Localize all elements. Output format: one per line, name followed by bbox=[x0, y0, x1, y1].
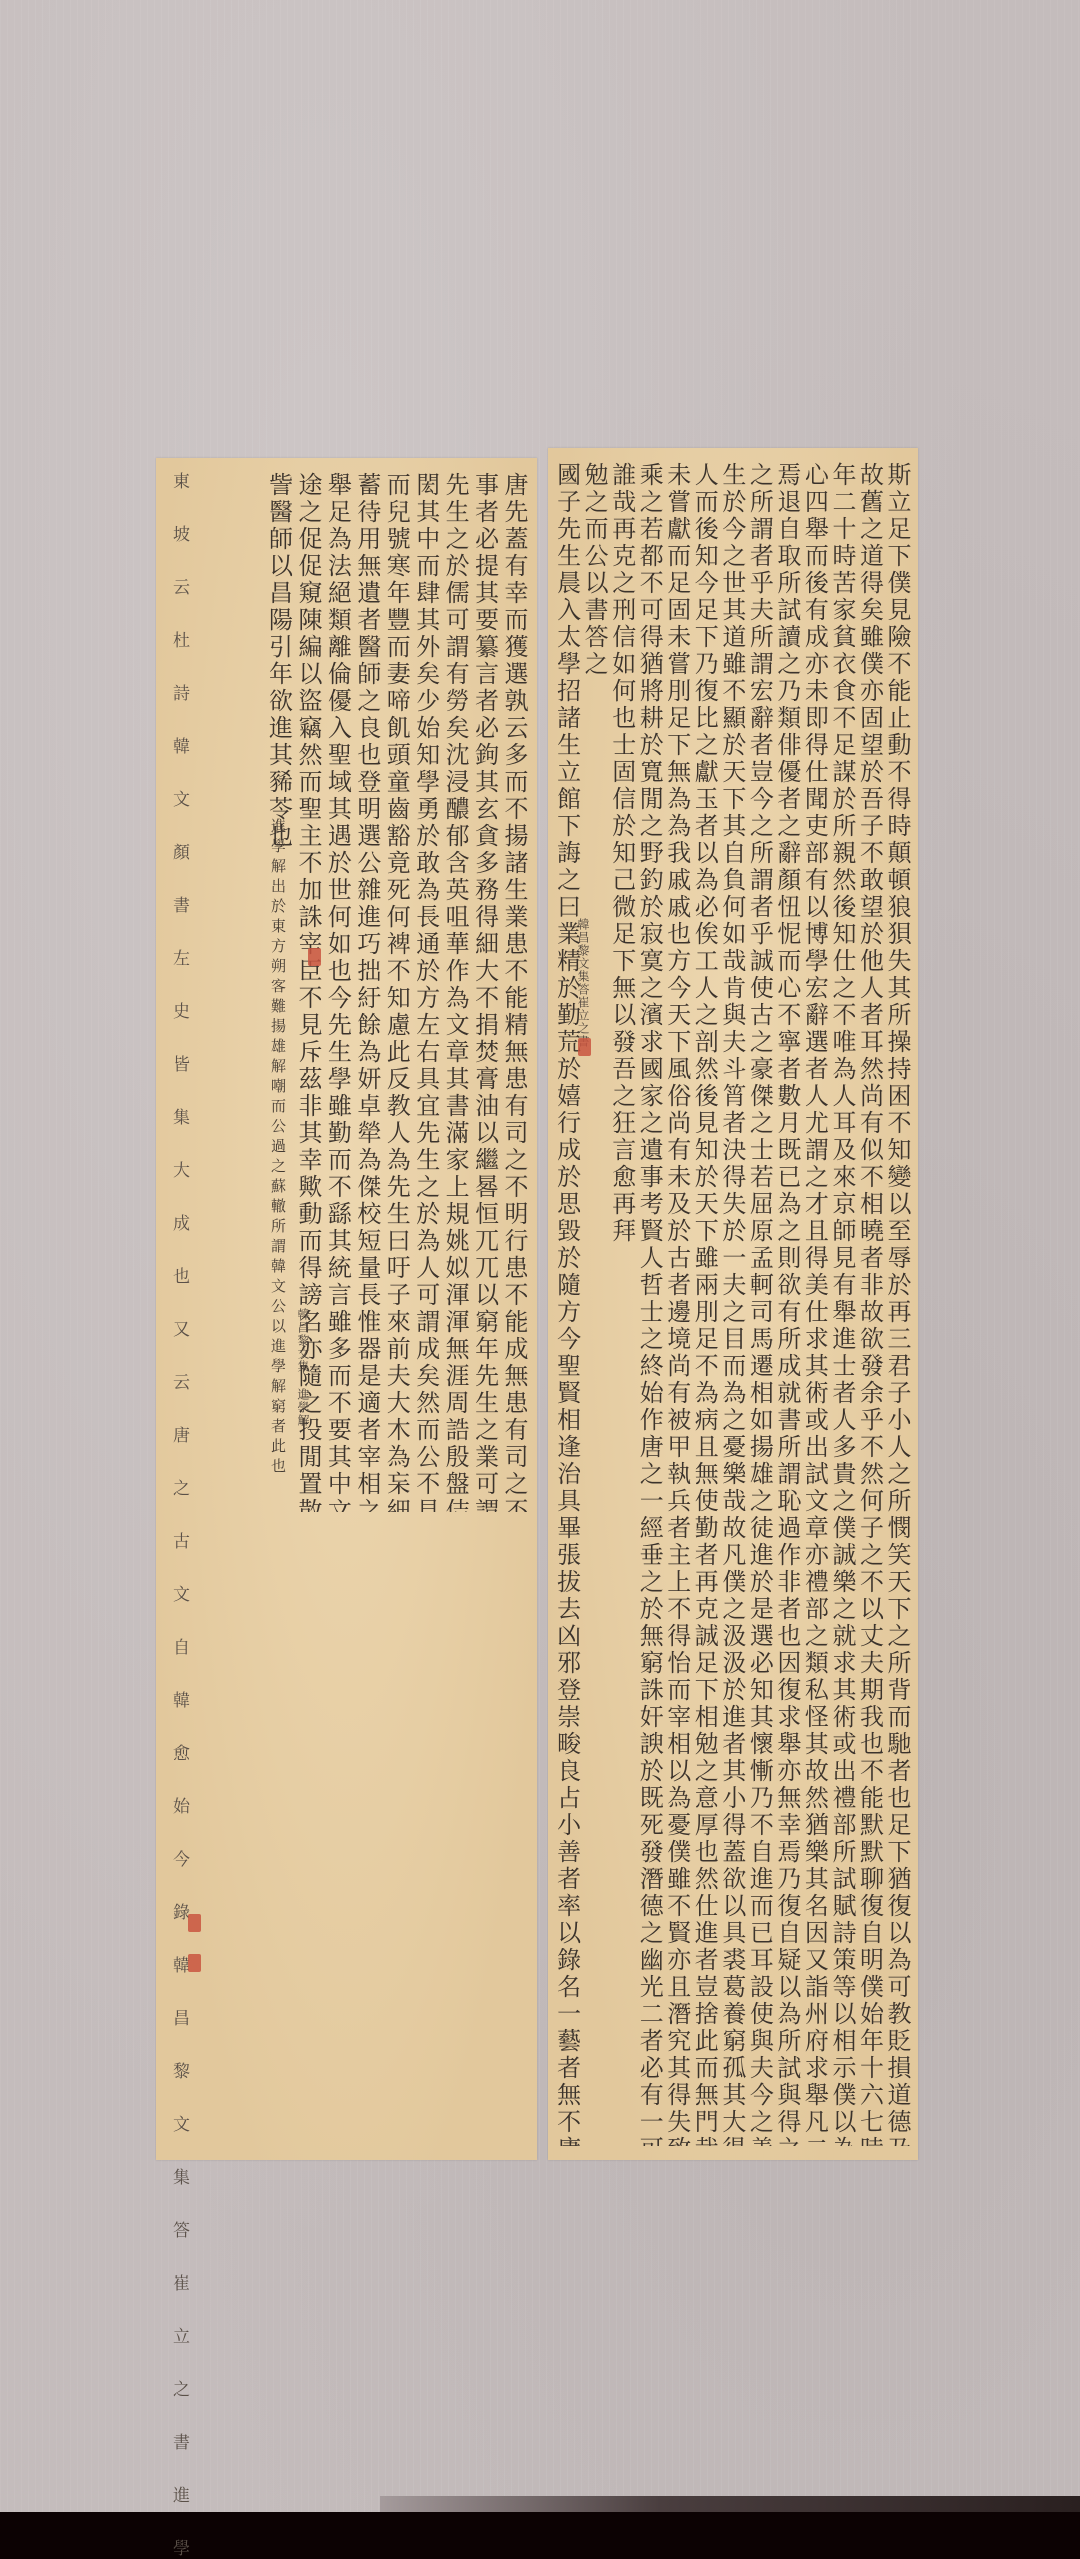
text-column: 誰哉再克之刑信如何也士固信於知己微足下無以發吾之狂言愈再拜 bbox=[609, 462, 637, 2146]
text-column: 年二十時苦家貧衣食不足謀於所親然後知仕之不唯為人耳及來京師見有舉進士者人多貴之僕… bbox=[829, 462, 857, 2146]
title-column: 東坡云杜詩韓文顏書左史皆集大成也又云唐之古文自韓愈始今錄韓昌黎文集答崔立之書進學… bbox=[164, 472, 194, 2112]
inscription-note: 韓昌黎文集答崔立之書 bbox=[576, 918, 590, 1008]
text-column: 唐先蓋有幸而獲選孰云多而不揚諸生業患不能精無患有司之不明行患不能成無患有司之不公… bbox=[500, 472, 529, 1512]
source-note: 韓昌黎文集 進學解 bbox=[296, 1308, 310, 1388]
scroll-panel-left: 東坡云杜詩韓文顏書左史皆集大成也又云唐之古文自韓愈始今錄韓昌黎文集答崔立之書進學… bbox=[156, 458, 537, 2160]
text-column: 之所謂者乎夫所謂宏辭者豈今之所謂者乎誠使古之豪傑之士若屈原孟軻司馬遷相如揚雄之徒… bbox=[747, 462, 775, 2146]
scroll-panel-right: 斯立足下僕見險不能止動不得時顛頓狼狽失其所操持困不知變以至辱於再三君子小人之所憫… bbox=[548, 448, 918, 2160]
text-column: 生於今之世其道雖不顯於天下其自負何如哉肯與夫斗筲者決得失於一夫之目而為之憂樂哉故… bbox=[719, 462, 747, 2146]
text-column: 斯立足下僕見險不能止動不得時顛頓狼狽失其所操持困不知變以至辱於再三君子小人之所憫… bbox=[884, 462, 912, 2146]
text-column: 未嘗獻而足固未嘗刖足下無為為我戚戚也方今天下風俗尚有未及於古者邊境尚有被甲執兵者… bbox=[664, 462, 692, 2146]
bottom-black-bar bbox=[0, 2512, 1080, 2559]
inscription-note: 進學解出於東方朔客難揚雄解嘲而公過之蘇轍所謂韓文公以進學解窮者此也 bbox=[268, 818, 288, 1478]
text-column: 先生之於儒可謂有勞矣沈浸醲郁含英咀華作為文章其書滿家上規姚姒渾渾無涯周誥殷盤佶屈… bbox=[441, 472, 470, 1512]
right-text-columns: 斯立足下僕見險不能止動不得時顛頓狼狽失其所操持困不知變以至辱於再三君子小人之所憫… bbox=[554, 462, 912, 2146]
text-column: 乘之若都不可得猶將耕於寬閒之野釣於寂寞之濱求國家之遺事考賢人哲士之終始作唐之一經… bbox=[637, 462, 665, 2146]
text-column: 閎其中而肆其外矣少始知學勇於敢為長通於方左右具宜先生之於為人可謂成矣然而公不見信… bbox=[411, 472, 440, 1512]
text-column: 勉之而公以書答之 bbox=[582, 462, 610, 2146]
text-column: 焉退自取所試讀之乃類俳優者之辭顏忸怩而心不寧者數月既已為之則欲有所成就書所謂恥過… bbox=[774, 462, 802, 2146]
text-column: 心四舉而後有成亦未即得仕聞吏部有以博學宏辭選者人尤謂之才且得美仕求其術或出試文章… bbox=[802, 462, 830, 2146]
text-column: 蓄待用無遺者醫師之良也登明選公雜進巧拙紆餘為妍卓犖為傑校短量長惟器是適者宰相之方… bbox=[352, 472, 381, 1512]
text-column: 國子先生晨入太學招諸生立館下誨之曰業精於勤荒於嬉行成於思毀於隨方今聖賢相逢治具畢… bbox=[554, 462, 582, 2146]
text-column: 而兒號寒年豐而妻啼飢頭童齒豁竟死何裨不知慮此反教人為先生曰吁子來前夫大木為杗細木… bbox=[382, 472, 411, 1512]
bottom-gradient-strip bbox=[380, 2496, 1080, 2512]
text-column: 故舊之道得矣雖僕亦固望於吾子不敢望於他人者耳然尚有似不相曉者非故欲發余乎不然何子… bbox=[857, 462, 885, 2146]
artist-seal-stamp bbox=[188, 1954, 201, 1972]
text-column: 人而後知今足下乃復比之獻玉者以為必俟工人之剖然後見知於天下雖兩刖足不為病且無使勤… bbox=[692, 462, 720, 2146]
seal-stamp bbox=[308, 948, 321, 966]
left-text-columns-lower bbox=[264, 1512, 529, 2142]
text-column: 事者必提其要纂言者必鉤其玄貪多務得細大不捐焚膏油以繼晷恒兀兀以窮年先生之業可謂勤… bbox=[470, 472, 499, 1512]
artist-seal-stamp bbox=[188, 1914, 201, 1932]
seal-stamp bbox=[578, 1038, 591, 1056]
text-column: 舉足為法絕類離倫優入聖域其遇於世何如也今先生學雖勤而不繇其統言雖多而不要其中文雖… bbox=[323, 472, 352, 1512]
